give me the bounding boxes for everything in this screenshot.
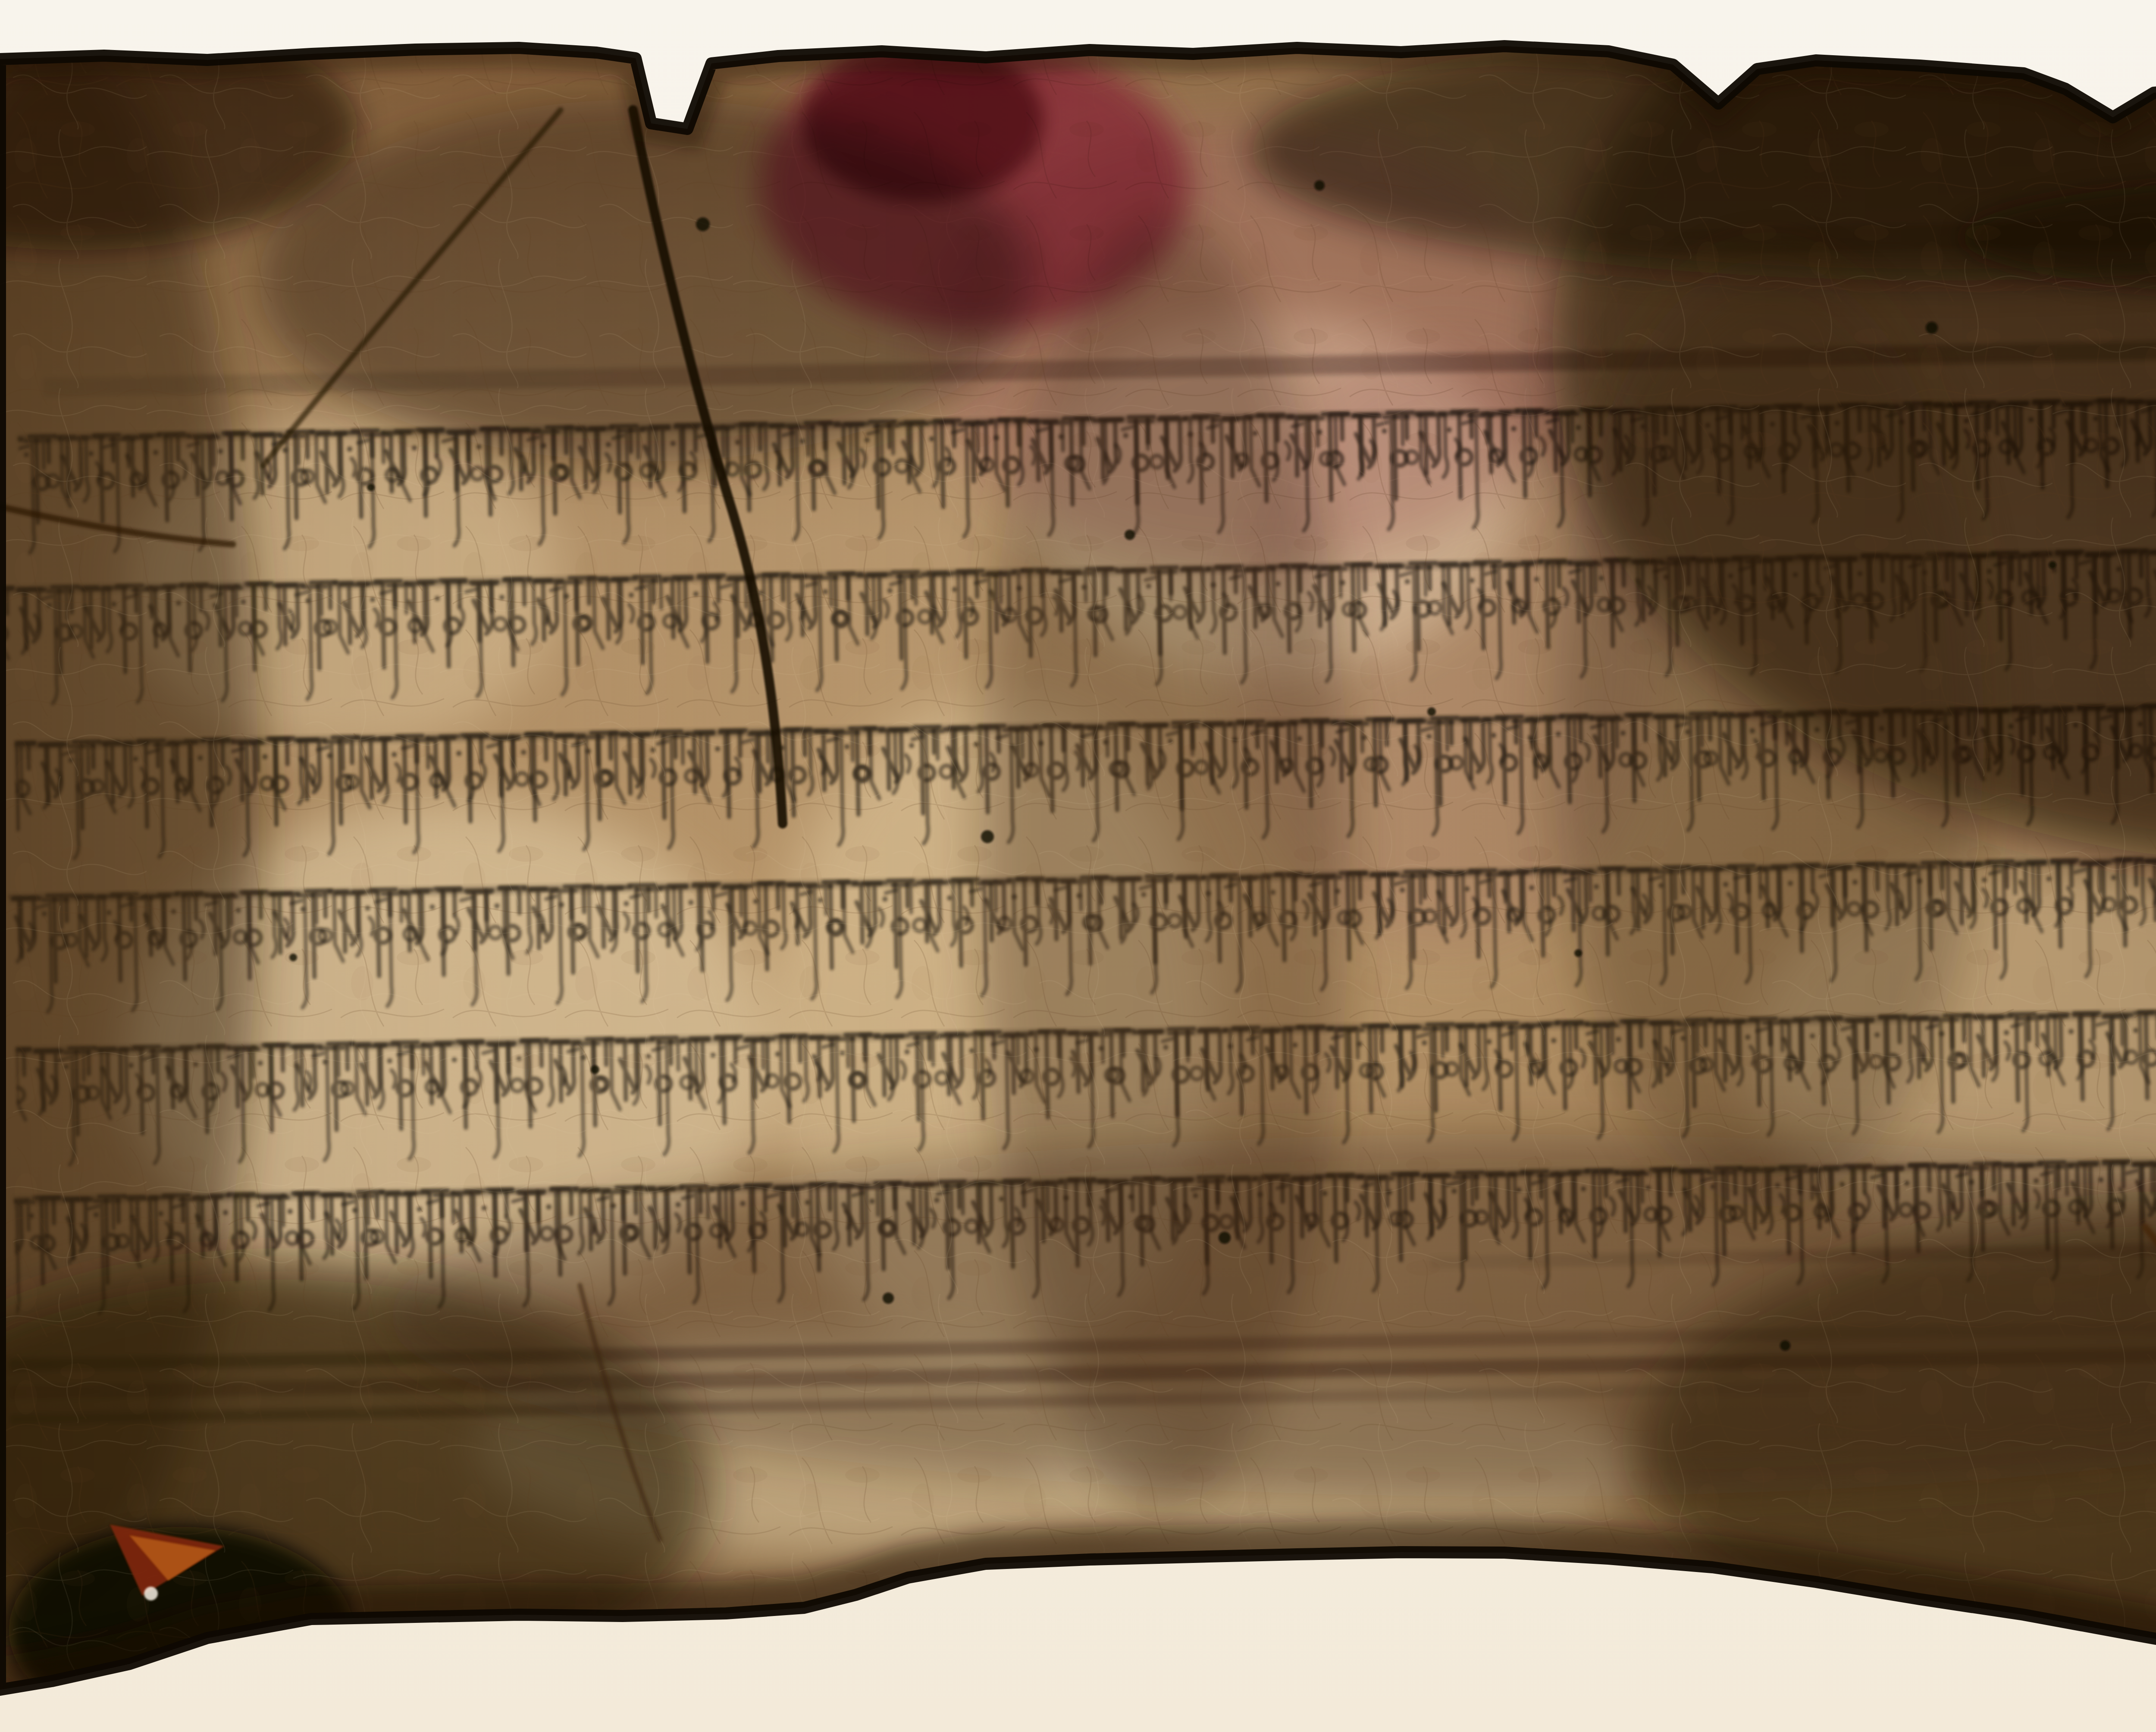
ink-speck <box>1926 322 1938 334</box>
backlight-glint <box>144 1587 158 1600</box>
ink-speck <box>1574 949 1582 957</box>
ink-speck <box>696 217 710 231</box>
ink-speck <box>1314 180 1325 191</box>
manuscript-photograph <box>0 0 2156 1732</box>
ink-speck <box>1125 530 1135 540</box>
ink-speck <box>1219 1232 1231 1244</box>
ink-speck <box>591 1065 599 1074</box>
ink-speck <box>2049 561 2056 569</box>
photo-stage: Backlit photograph of a fragmentary manu… <box>0 0 2156 1732</box>
ink-speck <box>981 830 994 843</box>
ink-speck <box>1780 1340 1790 1351</box>
red-stain <box>1229 345 1660 949</box>
ink-speck <box>1427 707 1436 716</box>
ink-speck <box>367 483 375 491</box>
ink-speck <box>883 1293 894 1304</box>
parchment-interior <box>0 0 2156 1732</box>
ink-speck <box>289 954 297 961</box>
